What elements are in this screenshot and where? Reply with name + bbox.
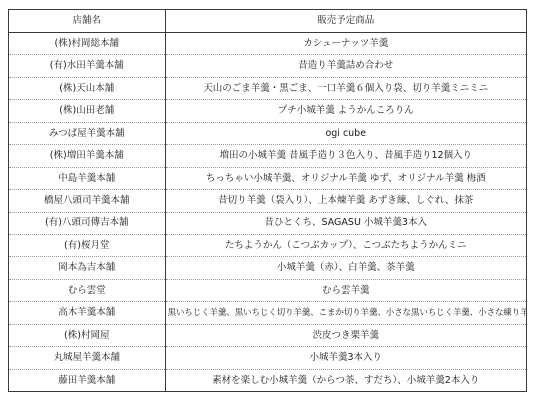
products-cell: 素材を楽しむ小城羊羹（からつ茶、すだち）、小城羊羹2本入り — [165, 369, 526, 391]
column-header-shop-name: 店舗名 — [9, 10, 165, 33]
table-row: (株)村岡屋 渋皮つき栗羊羹 — [9, 324, 526, 346]
shop-name-cell: むら雲堂 — [9, 279, 165, 301]
table-row: (有)八頭司傳吉本舗 昔ひとくち、SAGASU 小城羊羹3本入 — [9, 212, 526, 234]
shop-name-cell: (株)村岡屋 — [9, 324, 165, 346]
shop-name-cell: 中島羊羹本舗 — [9, 167, 165, 189]
shop-name-cell: 丸城屋羊羹本舗 — [9, 347, 165, 369]
products-cell: プチ小城羊羹 ようかんころりん — [165, 100, 526, 122]
table-row: (有)桜月堂 たちようかん（こつぶカップ）、こつぶたちようかんミニ — [9, 234, 526, 256]
products-cell: むら雲羊羹 — [165, 279, 526, 301]
shop-name-cell: 岡本為吉本舗 — [9, 257, 165, 279]
products-cell: 増田の小城羊羹 昔風手造り３色入り、昔風手造り12個入り — [165, 145, 526, 167]
products-cell: 渋皮つき栗羊羹 — [165, 324, 526, 346]
products-cell: たちようかん（こつぶカップ）、こつぶたちようかんミニ — [165, 234, 526, 256]
table-row: 岡本為吉本舗 小城羊羹（赤）、白羊羹、茶羊羹 — [9, 257, 526, 279]
table-row: (株)天山本舗 天山のごま羊羹・黒ごま、一口羊羹６個入り袋、切り羊羹ミニミニ — [9, 77, 526, 99]
table-row: (株)村岡総本舗 カシューナッツ羊羹 — [9, 33, 526, 55]
table-row: 藤田羊羹本舗 素材を楽しむ小城羊羹（からつ茶、すだち）、小城羊羹2本入り — [9, 369, 526, 391]
table-row: むら雲堂 むら雲羊羹 — [9, 279, 526, 301]
products-cell: 小城羊羹3本入り — [165, 347, 526, 369]
shop-name-cell: 藤田羊羹本舗 — [9, 369, 165, 391]
shop-name-cell: (株)天山本舗 — [9, 77, 165, 99]
shop-name-cell: (有)八頭司傳吉本舗 — [9, 212, 165, 234]
table-row: (株)増田羊羹本舗 増田の小城羊羹 昔風手造り３色入り、昔風手造り12個入り — [9, 145, 526, 167]
table-row: 橋屋八頭司羊羹本舗 昔切り羊羹（袋入り）、上本煉羊羹 あずき練、しぐれ、抹茶 — [9, 190, 526, 212]
table-row: (株)山田老舗 プチ小城羊羹 ようかんころりん — [9, 100, 526, 122]
shop-name-cell: 橋屋八頭司羊羹本舗 — [9, 190, 165, 212]
products-cell: 昔ひとくち、SAGASU 小城羊羹3本入 — [165, 212, 526, 234]
table-row: みつば屋羊羹本舗 ogi cube — [9, 122, 526, 144]
products-cell: 小城羊羹（赤）、白羊羹、茶羊羹 — [165, 257, 526, 279]
shop-name-cell: みつば屋羊羹本舗 — [9, 122, 165, 144]
shop-name-cell: (株)増田羊羹本舗 — [9, 145, 165, 167]
shop-name-cell: (有)桜月堂 — [9, 234, 165, 256]
products-cell: 昔切り羊羹（袋入り）、上本煉羊羹 あずき練、しぐれ、抹茶 — [165, 190, 526, 212]
products-cell: ogi cube — [165, 122, 526, 144]
products-cell: カシューナッツ羊羹 — [165, 33, 526, 55]
table-row: 丸城屋羊羹本舗 小城羊羹3本入り — [9, 347, 526, 369]
shop-product-table: 店舗名 販売予定商品 (株)村岡総本舗 カシューナッツ羊羹 (有)水田羊羹本舗 … — [9, 10, 526, 391]
table-row: 中島羊羹本舗 ちっちゃい小城羊羹、オリジナル羊羹 ゆず、オリジナル羊羹 梅酒 — [9, 167, 526, 189]
products-cell: 黒いちじく羊羹、黒いちじく切り羊羹、こまか切り羊羹、小さな黒いちじく羊羹、小さな… — [165, 302, 526, 324]
table-row: (有)水田羊羹本舗 昔造り羊羹詰め合わせ — [9, 55, 526, 77]
shop-name-cell: (株)村岡総本舗 — [9, 33, 165, 55]
shop-name-cell: (有)水田羊羹本舗 — [9, 55, 165, 77]
table-row: 高木羊羹本舗 黒いちじく羊羹、黒いちじく切り羊羹、こまか切り羊羹、小さな黒いちじ… — [9, 302, 526, 324]
shop-name-cell: (株)山田老舗 — [9, 100, 165, 122]
column-header-products: 販売予定商品 — [165, 10, 526, 33]
table-header-row: 店舗名 販売予定商品 — [9, 10, 526, 33]
products-cell: ちっちゃい小城羊羹、オリジナル羊羹 ゆず、オリジナル羊羹 梅酒 — [165, 167, 526, 189]
products-cell: 天山のごま羊羹・黒ごま、一口羊羹６個入り袋、切り羊羹ミニミニ — [165, 77, 526, 99]
products-cell: 昔造り羊羹詰め合わせ — [165, 55, 526, 77]
shop-product-table-container: 店舗名 販売予定商品 (株)村岡総本舗 カシューナッツ羊羹 (有)水田羊羹本舗 … — [8, 9, 527, 392]
shop-name-cell: 高木羊羹本舗 — [9, 302, 165, 324]
